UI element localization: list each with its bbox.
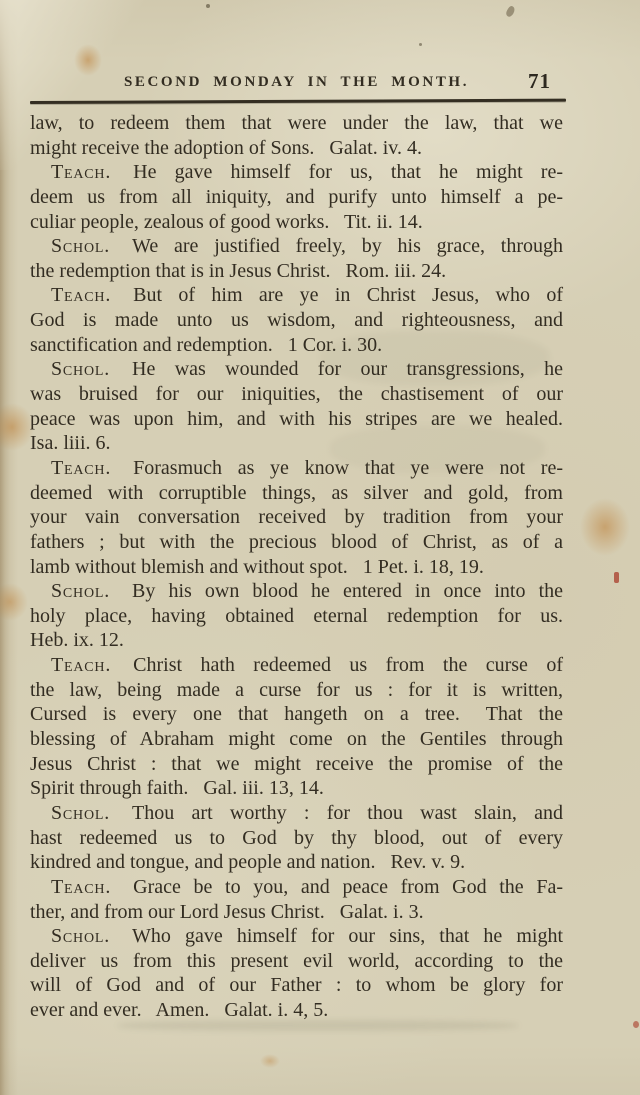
line-text: Grace be to you, and peace from God the … xyxy=(133,876,563,898)
line-text: Christ hath redeemed us from the curse o… xyxy=(133,654,563,676)
line-text: Heb. ix. 12. xyxy=(30,629,124,651)
text-line: Cursed is every one that hangeth on a tr… xyxy=(30,702,563,727)
line-text: He gave himself for us, that he might re… xyxy=(133,161,563,183)
speaker-label: Schol. xyxy=(51,925,110,947)
book-page: SECOND MONDAY IN THE MONTH. 71 law, to r… xyxy=(0,0,640,1095)
text-line: kindred and tongue, and people and natio… xyxy=(30,850,563,875)
text-line: deem us from all iniquity, and purify un… xyxy=(30,185,563,210)
text-line: Schol.He was wounded for our transgressi… xyxy=(30,357,563,382)
text-line: Teach.But of him are ye in Christ Jesus,… xyxy=(30,283,563,308)
text-block: law, to redeem them that were under the … xyxy=(30,111,563,1023)
line-text: Cursed is every one that hangeth on a tr… xyxy=(30,703,563,725)
text-line: was bruised for our iniquities, the chas… xyxy=(30,382,563,407)
text-line: Schol.Thou art worthy : for thou wast sl… xyxy=(30,801,563,826)
foxing-stain xyxy=(260,1054,280,1068)
line-text: deemed with corruptible things, as silve… xyxy=(30,482,563,504)
text-line: blessing of Abraham might come on the Ge… xyxy=(30,727,563,752)
text-line: deemed with corruptible things, as silve… xyxy=(30,481,563,506)
text-line: might receive the adoption of Sons. Gala… xyxy=(30,136,563,161)
line-text: ther, and from our Lord Jesus Christ. Ga… xyxy=(30,901,424,923)
text-line: Isa. liii. 6. xyxy=(30,431,563,456)
line-text: We are justified freely, by his grace, t… xyxy=(132,235,563,257)
line-text: But of him are ye in Christ Jesus, who o… xyxy=(133,284,563,306)
line-text: deliver us from this present evil world,… xyxy=(30,950,563,972)
text-line: hast redeemed us to God by thy blood, ou… xyxy=(30,826,563,851)
page-number: 71 xyxy=(528,69,551,94)
text-line: culiar people, zealous of good works. Ti… xyxy=(30,210,563,235)
speaker-label: Schol. xyxy=(51,235,110,257)
line-text: deem us from all iniquity, and purify un… xyxy=(30,186,563,208)
text-line: Schol.By his own blood he entered in onc… xyxy=(30,579,563,604)
line-text: will of God and of our Father : to whom … xyxy=(30,974,563,996)
text-line: ever and ever. Amen. Galat. i. 4, 5. xyxy=(30,998,563,1023)
text-line: holy place, having obtained eternal rede… xyxy=(30,604,563,629)
text-line: fathers ; but with the precious blood of… xyxy=(30,530,563,555)
line-text: culiar people, zealous of good works. Ti… xyxy=(30,211,423,233)
line-text: God is made unto us wisdom, and righteou… xyxy=(30,309,563,331)
speaker-label: Schol. xyxy=(51,580,110,602)
page-header: SECOND MONDAY IN THE MONTH. 71 xyxy=(30,74,563,100)
text-line: law, to redeem them that were under the … xyxy=(30,111,563,136)
text-line: Jesus Christ : that we might receive the… xyxy=(30,752,563,777)
speaker-label: Teach. xyxy=(51,284,111,306)
speaker-label: Teach. xyxy=(51,654,111,676)
line-text: Spirit through faith. Gal. iii. 13, 14. xyxy=(30,777,324,799)
speaker-label: Teach. xyxy=(51,161,111,183)
line-text: peace was upon him, and with his stripes… xyxy=(30,408,563,430)
text-line: your vain conversation received by tradi… xyxy=(30,505,563,530)
ink-speck xyxy=(419,43,422,46)
line-text: holy place, having obtained eternal rede… xyxy=(30,605,563,627)
text-line: Spirit through faith. Gal. iii. 13, 14. xyxy=(30,776,563,801)
line-text: hast redeemed us to God by thy blood, ou… xyxy=(30,827,563,849)
line-text: kindred and tongue, and people and natio… xyxy=(30,851,465,873)
line-text: Forasmuch as ye know that ye were not re… xyxy=(133,457,563,479)
line-text: sanctification and redemption. 1 Cor. i.… xyxy=(30,334,382,356)
text-line: the redemption that is in Jesus Christ. … xyxy=(30,259,563,284)
speaker-label: Teach. xyxy=(51,876,111,898)
line-text: Isa. liii. 6. xyxy=(30,432,111,454)
line-text: the law, being made a curse for us : for… xyxy=(30,679,563,701)
text-line: Teach.Christ hath redeemed us from the c… xyxy=(30,653,563,678)
red-speck xyxy=(633,1021,639,1028)
line-text: was bruised for our iniquities, the chas… xyxy=(30,383,563,405)
text-line: Teach.He gave himself for us, that he mi… xyxy=(30,160,563,185)
line-text: fathers ; but with the precious blood of… xyxy=(30,531,563,553)
line-text: blessing of Abraham might come on the Ge… xyxy=(30,728,563,750)
ink-speck xyxy=(505,5,517,18)
line-text: law, to redeem them that were under the … xyxy=(30,112,563,134)
red-mark xyxy=(614,572,619,583)
text-line: deliver us from this present evil world,… xyxy=(30,949,563,974)
line-text: your vain conversation received by tradi… xyxy=(30,506,563,528)
running-header-title: SECOND MONDAY IN THE MONTH. xyxy=(30,74,563,91)
line-text: Jesus Christ : that we might receive the… xyxy=(30,753,563,775)
text-line: God is made unto us wisdom, and righteou… xyxy=(30,308,563,333)
text-line: Schol.Who gave himself for our sins, tha… xyxy=(30,924,563,949)
text-line: sanctification and redemption. 1 Cor. i.… xyxy=(30,333,563,358)
line-text: He was wounded for our transgressions, h… xyxy=(132,358,563,380)
text-line: Schol.We are justified freely, by his gr… xyxy=(30,234,563,259)
line-text: ever and ever. Amen. Galat. i. 4, 5. xyxy=(30,999,328,1021)
ink-speck xyxy=(206,4,210,8)
text-line: lamb without blemish and without spot. 1… xyxy=(30,555,563,580)
speaker-label: Schol. xyxy=(51,802,110,824)
line-text: By his own blood he entered in once into… xyxy=(132,580,563,602)
speaker-label: Teach. xyxy=(51,457,111,479)
text-line: Teach.Forasmuch as ye know that ye were … xyxy=(30,456,563,481)
foxing-stain xyxy=(580,498,630,556)
line-text: lamb without blemish and without spot. 1… xyxy=(30,556,484,578)
text-line: Heb. ix. 12. xyxy=(30,628,563,653)
line-text: might receive the adoption of Sons. Gala… xyxy=(30,137,422,159)
line-text: Thou art worthy : for thou wast slain, a… xyxy=(132,802,563,824)
text-line: the law, being made a curse for us : for… xyxy=(30,678,563,703)
line-text: the redemption that is in Jesus Christ. … xyxy=(30,260,446,282)
text-line: Teach.Grace be to you, and peace from Go… xyxy=(30,875,563,900)
line-text: Who gave himself for our sins, that he m… xyxy=(132,925,563,947)
text-line: ther, and from our Lord Jesus Christ. Ga… xyxy=(30,900,563,925)
text-line: peace was upon him, and with his stripes… xyxy=(30,407,563,432)
text-line: will of God and of our Father : to whom … xyxy=(30,973,563,998)
speaker-label: Schol. xyxy=(51,358,110,380)
